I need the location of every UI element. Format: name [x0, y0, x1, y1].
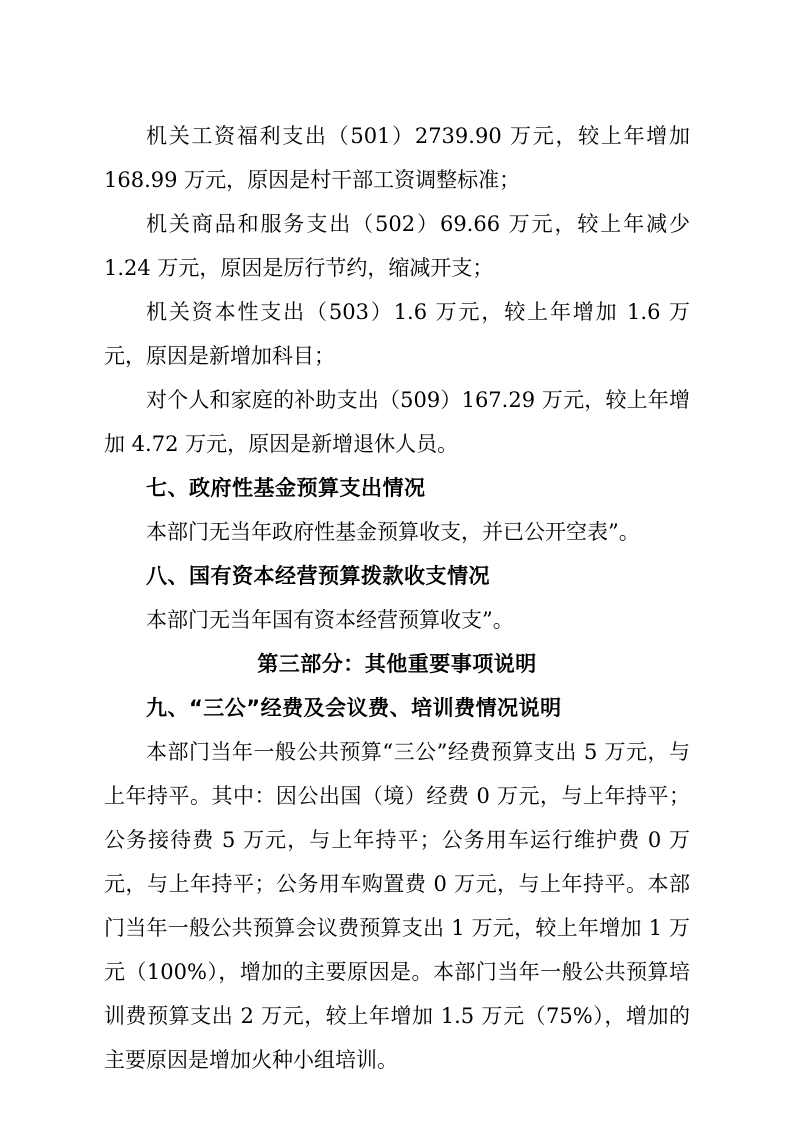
paragraph-three-public-funds-detail: 本部门当年一般公共预算“三公”经费预算支出 5 万元，与上年持平。其中：因公出国… [104, 730, 690, 1082]
document-page: 机关工资福利支出（501）2739.90 万元，较上年增加 168.99 万元，… [0, 0, 793, 1122]
part-heading-3-other-important-matters: 第三部分：其他重要事项说明 [104, 642, 690, 686]
document-body: 机关工资福利支出（501）2739.90 万元，较上年增加 168.99 万元，… [104, 114, 690, 1082]
paragraph-no-government-fund-budget: 本部门无当年政府性基金预算收支，并已公开空表”。 [104, 510, 690, 554]
paragraph-salary-welfare-expense: 机关工资福利支出（501）2739.90 万元，较上年增加 168.99 万元，… [104, 114, 690, 202]
section-heading-7-government-fund-budget: 七、政府性基金预算支出情况 [104, 466, 690, 510]
paragraph-capital-expense: 机关资本性支出（503）1.6 万元，较上年增加 1.6 万元，原因是新增加科目… [104, 290, 690, 378]
paragraph-no-state-capital-budget: 本部门无当年国有资本经营预算收支”。 [104, 598, 690, 642]
paragraph-individual-family-subsidy: 对个人和家庭的补助支出（509）167.29 万元，较上年增加 4.72 万元，… [104, 378, 690, 466]
section-heading-9-three-public-funds: 九、“三公”经费及会议费、培训费情况说明 [104, 686, 690, 730]
paragraph-goods-services-expense: 机关商品和服务支出（502）69.66 万元，较上年减少 1.24 万元，原因是… [104, 202, 690, 290]
section-heading-8-state-capital-budget: 八、国有资本经营预算拨款收支情况 [104, 554, 690, 598]
